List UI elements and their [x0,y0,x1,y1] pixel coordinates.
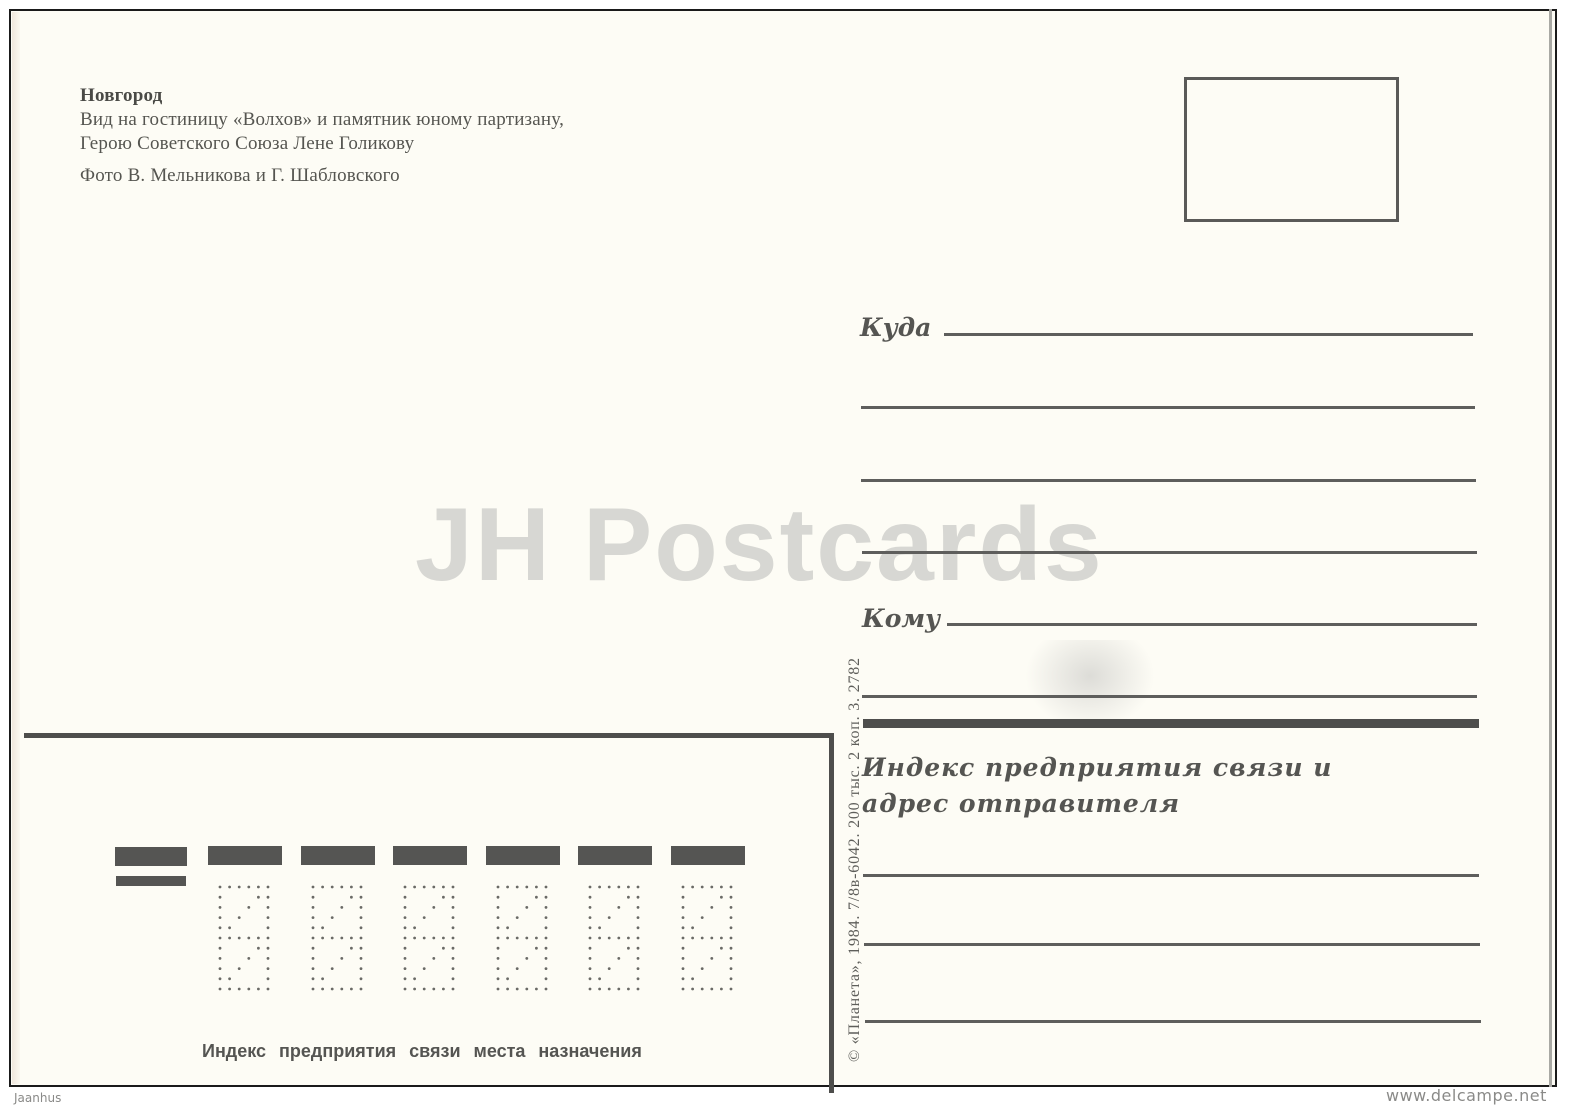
index-bar [115,847,187,866]
address-line-1[interactable] [944,333,1473,336]
index-bar [301,846,375,865]
postal-digit-box[interactable] [216,883,272,993]
index-bar [671,846,745,865]
recipient-line-1[interactable] [947,623,1477,626]
address-line-4[interactable] [862,551,1477,554]
to-whom-label: Кому [862,604,940,633]
postal-index-caption: Индекс предприятия связи места назначени… [202,1041,642,1062]
sender-line-2[interactable] [864,943,1480,946]
publisher-imprint: © «Планета», 1984. 7/8в-6042. 200 тыс. 2… [846,502,864,1062]
caption-photo-credit: Фото В. Мельникова и Г. Шабловского [80,164,564,188]
separator-bar [863,719,1479,728]
address-line-2[interactable] [861,406,1475,409]
caption-city: Новгород [80,84,564,108]
caption-description-line2: Герою Советского Союза Лене Голикову [80,132,564,156]
watermark: JH Postcards [415,490,1104,600]
credit-left: Jaanhus [14,1091,61,1105]
address-line-3[interactable] [861,479,1476,482]
index-bar [393,846,467,865]
recipient-line-2[interactable] [862,695,1477,698]
sender-label: Индекс предприятия связи и адрес отправи… [862,750,1332,822]
postal-digit-box[interactable] [679,883,735,993]
credit-right: www.delcampe.net [1386,1086,1547,1105]
postal-digit-box[interactable] [401,883,457,993]
sender-line-1[interactable] [863,874,1479,877]
index-bar [578,846,652,865]
to-where-label: Куда [860,313,931,342]
card-edge-shading [12,12,20,1084]
card-edge-shadow [1549,9,1552,1087]
index-bar [486,846,560,865]
sender-label-line2: адрес отправителя [862,786,1332,822]
postal-digit-box[interactable] [494,883,550,993]
postal-digit-box[interactable] [586,883,642,993]
index-bar [208,846,282,865]
stamp-box [1184,77,1399,222]
sender-label-line1: Индекс предприятия связи и [862,750,1332,786]
sender-line-3[interactable] [865,1020,1481,1023]
postcard-caption: Новгород Вид на гостиницу «Волхов» и пам… [80,84,564,188]
caption-description-line1: Вид на гостиницу «Волхов» и памятник юно… [80,108,564,132]
index-bar-small [116,876,186,886]
postal-digit-box[interactable] [309,883,365,993]
